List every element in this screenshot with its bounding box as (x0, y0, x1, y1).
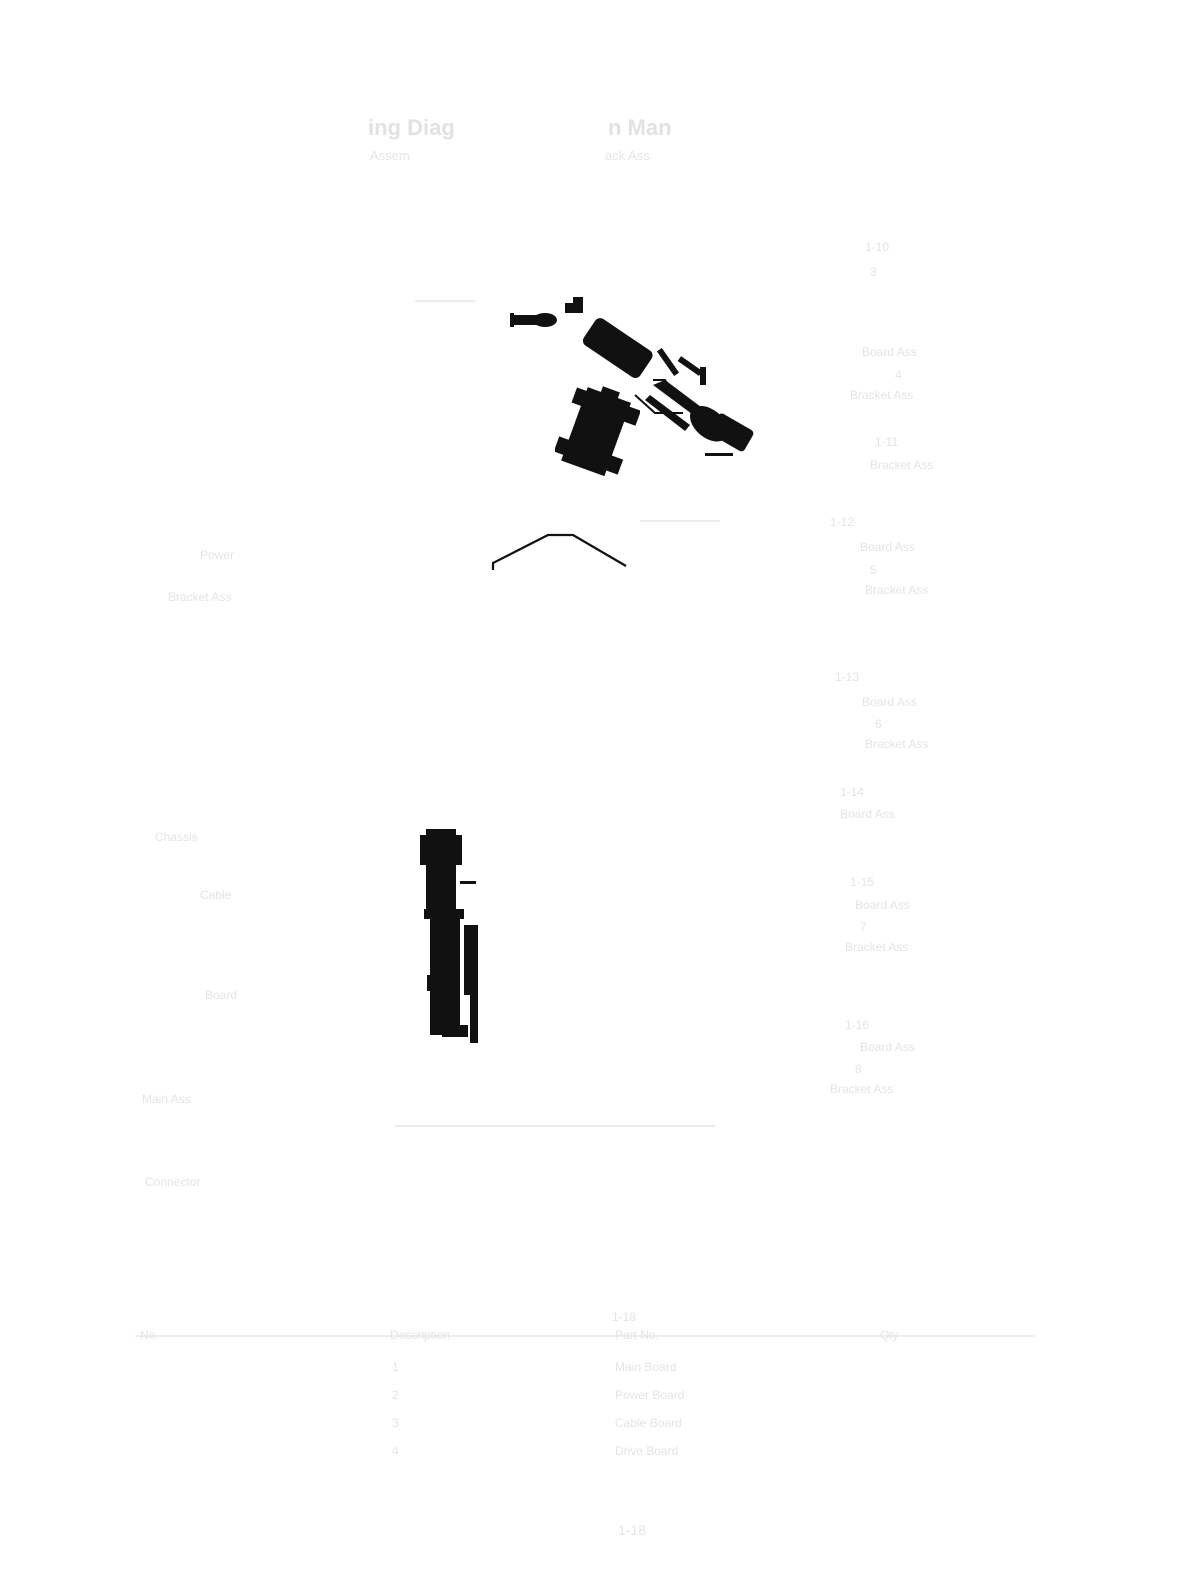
table-row: 3 (392, 1416, 399, 1430)
subtitle-fragment-2: ack Ass (605, 148, 650, 163)
page-number: 1-18 (618, 1522, 646, 1538)
table-row: Power Board (615, 1388, 684, 1402)
table-row: 4 (392, 1444, 399, 1458)
callout-label: 1-14 (840, 785, 864, 799)
title-fragment-2: n Man (608, 115, 672, 141)
table-row: 1 (392, 1360, 399, 1374)
left-label: Power (200, 548, 234, 562)
callout-label: 6 (875, 717, 882, 731)
bracket-silhouette (555, 385, 640, 480)
callout-label: Bracket Ass (830, 1082, 893, 1096)
callout-label: Bracket Ass (850, 388, 913, 402)
table-row: Drive Board (615, 1444, 678, 1458)
table-header: Part No. (615, 1328, 659, 1342)
callout-label: Board Ass (860, 540, 915, 554)
callout-label: 5 (870, 563, 877, 577)
left-label: Connector (145, 1175, 200, 1189)
left-label: Bracket Ass (168, 590, 231, 604)
callout-label: 1-10 (865, 240, 889, 254)
leader-line (395, 1125, 715, 1127)
left-label: Main Ass (142, 1092, 191, 1106)
callout-label: Bracket Ass (870, 458, 933, 472)
left-label: Cable (200, 888, 231, 902)
callout-label: 1-11 (875, 435, 898, 449)
subtitle-fragment-1: Assem (370, 148, 410, 163)
table-row: Main Board (615, 1360, 676, 1374)
callout-label: 7 (860, 920, 867, 934)
callout-label: Board Ass (840, 807, 895, 821)
table-header-rule (135, 1335, 1035, 1337)
table-header: No. (140, 1328, 159, 1342)
callout-label: Bracket Ass (865, 583, 928, 597)
left-label: Chassis (155, 830, 198, 844)
callout-label: Bracket Ass (845, 940, 908, 954)
callout-label: 1-15 (850, 875, 874, 889)
chevron-line (490, 530, 630, 572)
table-caption: 1-18 (612, 1310, 636, 1324)
callout-label: 3 (870, 265, 877, 279)
title-fragment-1: ing Diag (368, 115, 455, 141)
callout-label: Board Ass (862, 695, 917, 709)
table-row: Cable Board (615, 1416, 682, 1430)
callout-label: 1-16 (845, 1018, 869, 1032)
callout-label: Bracket Ass (865, 737, 928, 751)
leader-line (415, 300, 475, 302)
callout-label: Board Ass (855, 898, 910, 912)
callout-label: 4 (895, 368, 902, 382)
callout-label: 8 (855, 1062, 862, 1076)
callout-label: Board Ass (862, 345, 917, 359)
vertical-assembly-silhouette (412, 825, 492, 1050)
table-header: Description (390, 1328, 450, 1342)
callout-label: Board Ass (860, 1040, 915, 1054)
callout-label: 1-12 (830, 515, 854, 529)
leader-line (640, 520, 720, 522)
left-label: Board (205, 988, 237, 1002)
table-header: Qty (880, 1328, 899, 1342)
table-row: 2 (392, 1388, 399, 1402)
callout-label: 1-13 (835, 670, 859, 684)
